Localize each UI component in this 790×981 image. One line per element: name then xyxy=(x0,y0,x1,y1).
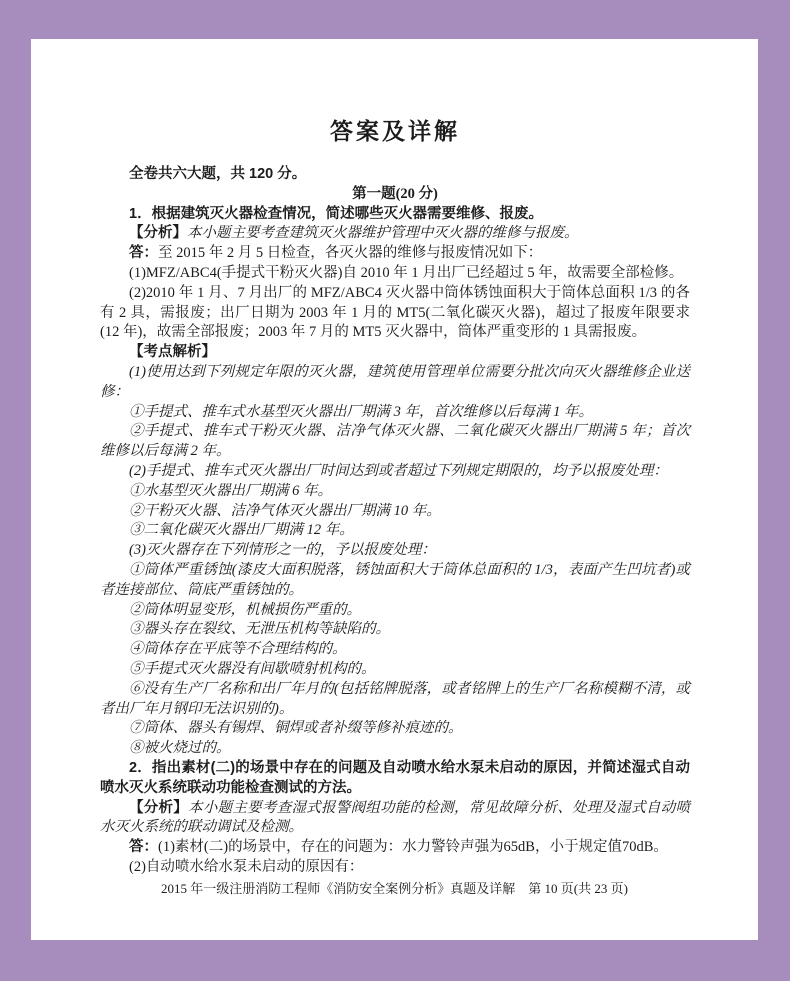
paragraph-text: (1)素材(二)的场景中，存在的问题为：水力警铃声强为65dB，小于规定值70d… xyxy=(158,839,668,855)
paragraph-text: 本小题主要考查湿式报警阀组功能的检测，常见故障分析、处理及湿式自动喷水灭火系统的… xyxy=(100,800,690,836)
paragraph: ①水基型灭火器出厂期满 6 年。 xyxy=(100,482,690,502)
paragraph: ②干粉灭火器、洁净气体灭火器出厂期满 10 年。 xyxy=(100,502,690,522)
paragraph-label: 【分析】 xyxy=(129,225,187,241)
paragraph: 答：(1)素材(二)的场景中，存在的问题为：水力警铃声强为65dB，小于规定值7… xyxy=(100,838,690,858)
section-heading: 第一题(20 分) xyxy=(100,185,690,205)
paragraph-label: 答： xyxy=(129,839,158,855)
paragraph-text: 本小题主要考查建筑灭火器维护管理中灭火器的维修与报废。 xyxy=(187,225,579,241)
purple-frame: 答案及详解 全卷共六大题，共 120 分。 第一题(20 分) 1．根据建筑灭火… xyxy=(0,0,790,981)
paragraph: (2)自动喷水给水泵未启动的原因有： xyxy=(100,858,690,878)
paragraph: ①筒体严重锈蚀(漆皮大面积脱落，锈蚀面积大于筒体总面积的 1/3，表面产生凹坑者… xyxy=(100,561,690,601)
paragraph: (1)MFZ/ABC4(手提式干粉灭火器)自 2010 年 1 月出厂已经超过 … xyxy=(100,264,690,284)
paragraph: 【考点解析】 xyxy=(100,343,690,363)
page-footer: 2015 年一级注册消防工程师《消防安全案例分析》真题及详解 第 10 页(共 … xyxy=(31,880,758,898)
paragraph: ②筒体明显变形，机械损伤严重的。 xyxy=(100,601,690,621)
paragraph: (2)2010 年 1 月、7 月出厂的 MFZ/ABC4 灭火器中筒体锈蚀面积… xyxy=(100,284,690,343)
paragraph: 答：至 2015 年 2 月 5 日检查，各灭火器的维修与报废情况如下： xyxy=(100,244,690,264)
page-content: 答案及详解 全卷共六大题，共 120 分。 第一题(20 分) 1．根据建筑灭火… xyxy=(31,39,758,878)
paragraph-list: 1．根据建筑灭火器检查情况，简述哪些灭火器需要维修、报废。【分析】本小题主要考查… xyxy=(100,205,690,878)
document-title: 答案及详解 xyxy=(100,117,690,147)
paragraph: (3)灭火器存在下列情形之一的，予以报废处理： xyxy=(100,541,690,561)
paragraph: ⑤手提式灭火器没有间歇喷射机构的。 xyxy=(100,660,690,680)
paragraph: ④筒体存在平底等不合理结构的。 xyxy=(100,640,690,660)
paragraph: ③二氧化碳灭火器出厂期满 12 年。 xyxy=(100,521,690,541)
paragraph: (1)使用达到下列规定年限的灭火器，建筑使用管理单位需要分批次向灭火器维修企业送… xyxy=(100,363,690,403)
paragraph: 【分析】本小题主要考查建筑灭火器维护管理中灭火器的维修与报废。 xyxy=(100,224,690,244)
paragraph: ⑥没有生产厂名称和出厂年月的(包括铭牌脱落，或者铭牌上的生产厂名称模糊不清，或者… xyxy=(100,680,690,720)
paragraph-label: 答： xyxy=(129,245,158,261)
paragraph: ⑧被火烧过的。 xyxy=(100,739,690,759)
intro-line: 全卷共六大题，共 120 分。 xyxy=(100,165,690,185)
paragraph-label: 【分析】 xyxy=(129,800,188,816)
paragraph-text: 至 2015 年 2 月 5 日检查，各灭火器的维修与报废情况如下： xyxy=(158,245,542,261)
document-page: 答案及详解 全卷共六大题，共 120 分。 第一题(20 分) 1．根据建筑灭火… xyxy=(31,39,758,940)
paragraph: 【分析】本小题主要考查湿式报警阀组功能的检测，常见故障分析、处理及湿式自动喷水灭… xyxy=(100,799,690,839)
paragraph: (2)手提式、推车式灭火器出厂时间达到或者超过下列规定期限的，均予以报废处理： xyxy=(100,462,690,482)
paragraph: ⑦筒体、器头有锡焊、铜焊或者补缀等修补痕迹的。 xyxy=(100,719,690,739)
paragraph: ①手提式、推车式水基型灭火器出厂期满 3 年，首次维修以后每满 1 年。 xyxy=(100,403,690,423)
paragraph: 2．指出素材(二)的场景中存在的问题及自动喷水给水泵未启动的原因，并简述湿式自动… xyxy=(100,759,690,799)
paragraph: ③器头存在裂纹、无泄压机构等缺陷的。 xyxy=(100,620,690,640)
paragraph: 1．根据建筑灭火器检查情况，简述哪些灭火器需要维修、报废。 xyxy=(100,205,690,225)
paragraph: ②手提式、推车式干粉灭火器、洁净气体灭火器、二氧化碳灭火器出厂期满 5 年；首次… xyxy=(100,422,690,462)
